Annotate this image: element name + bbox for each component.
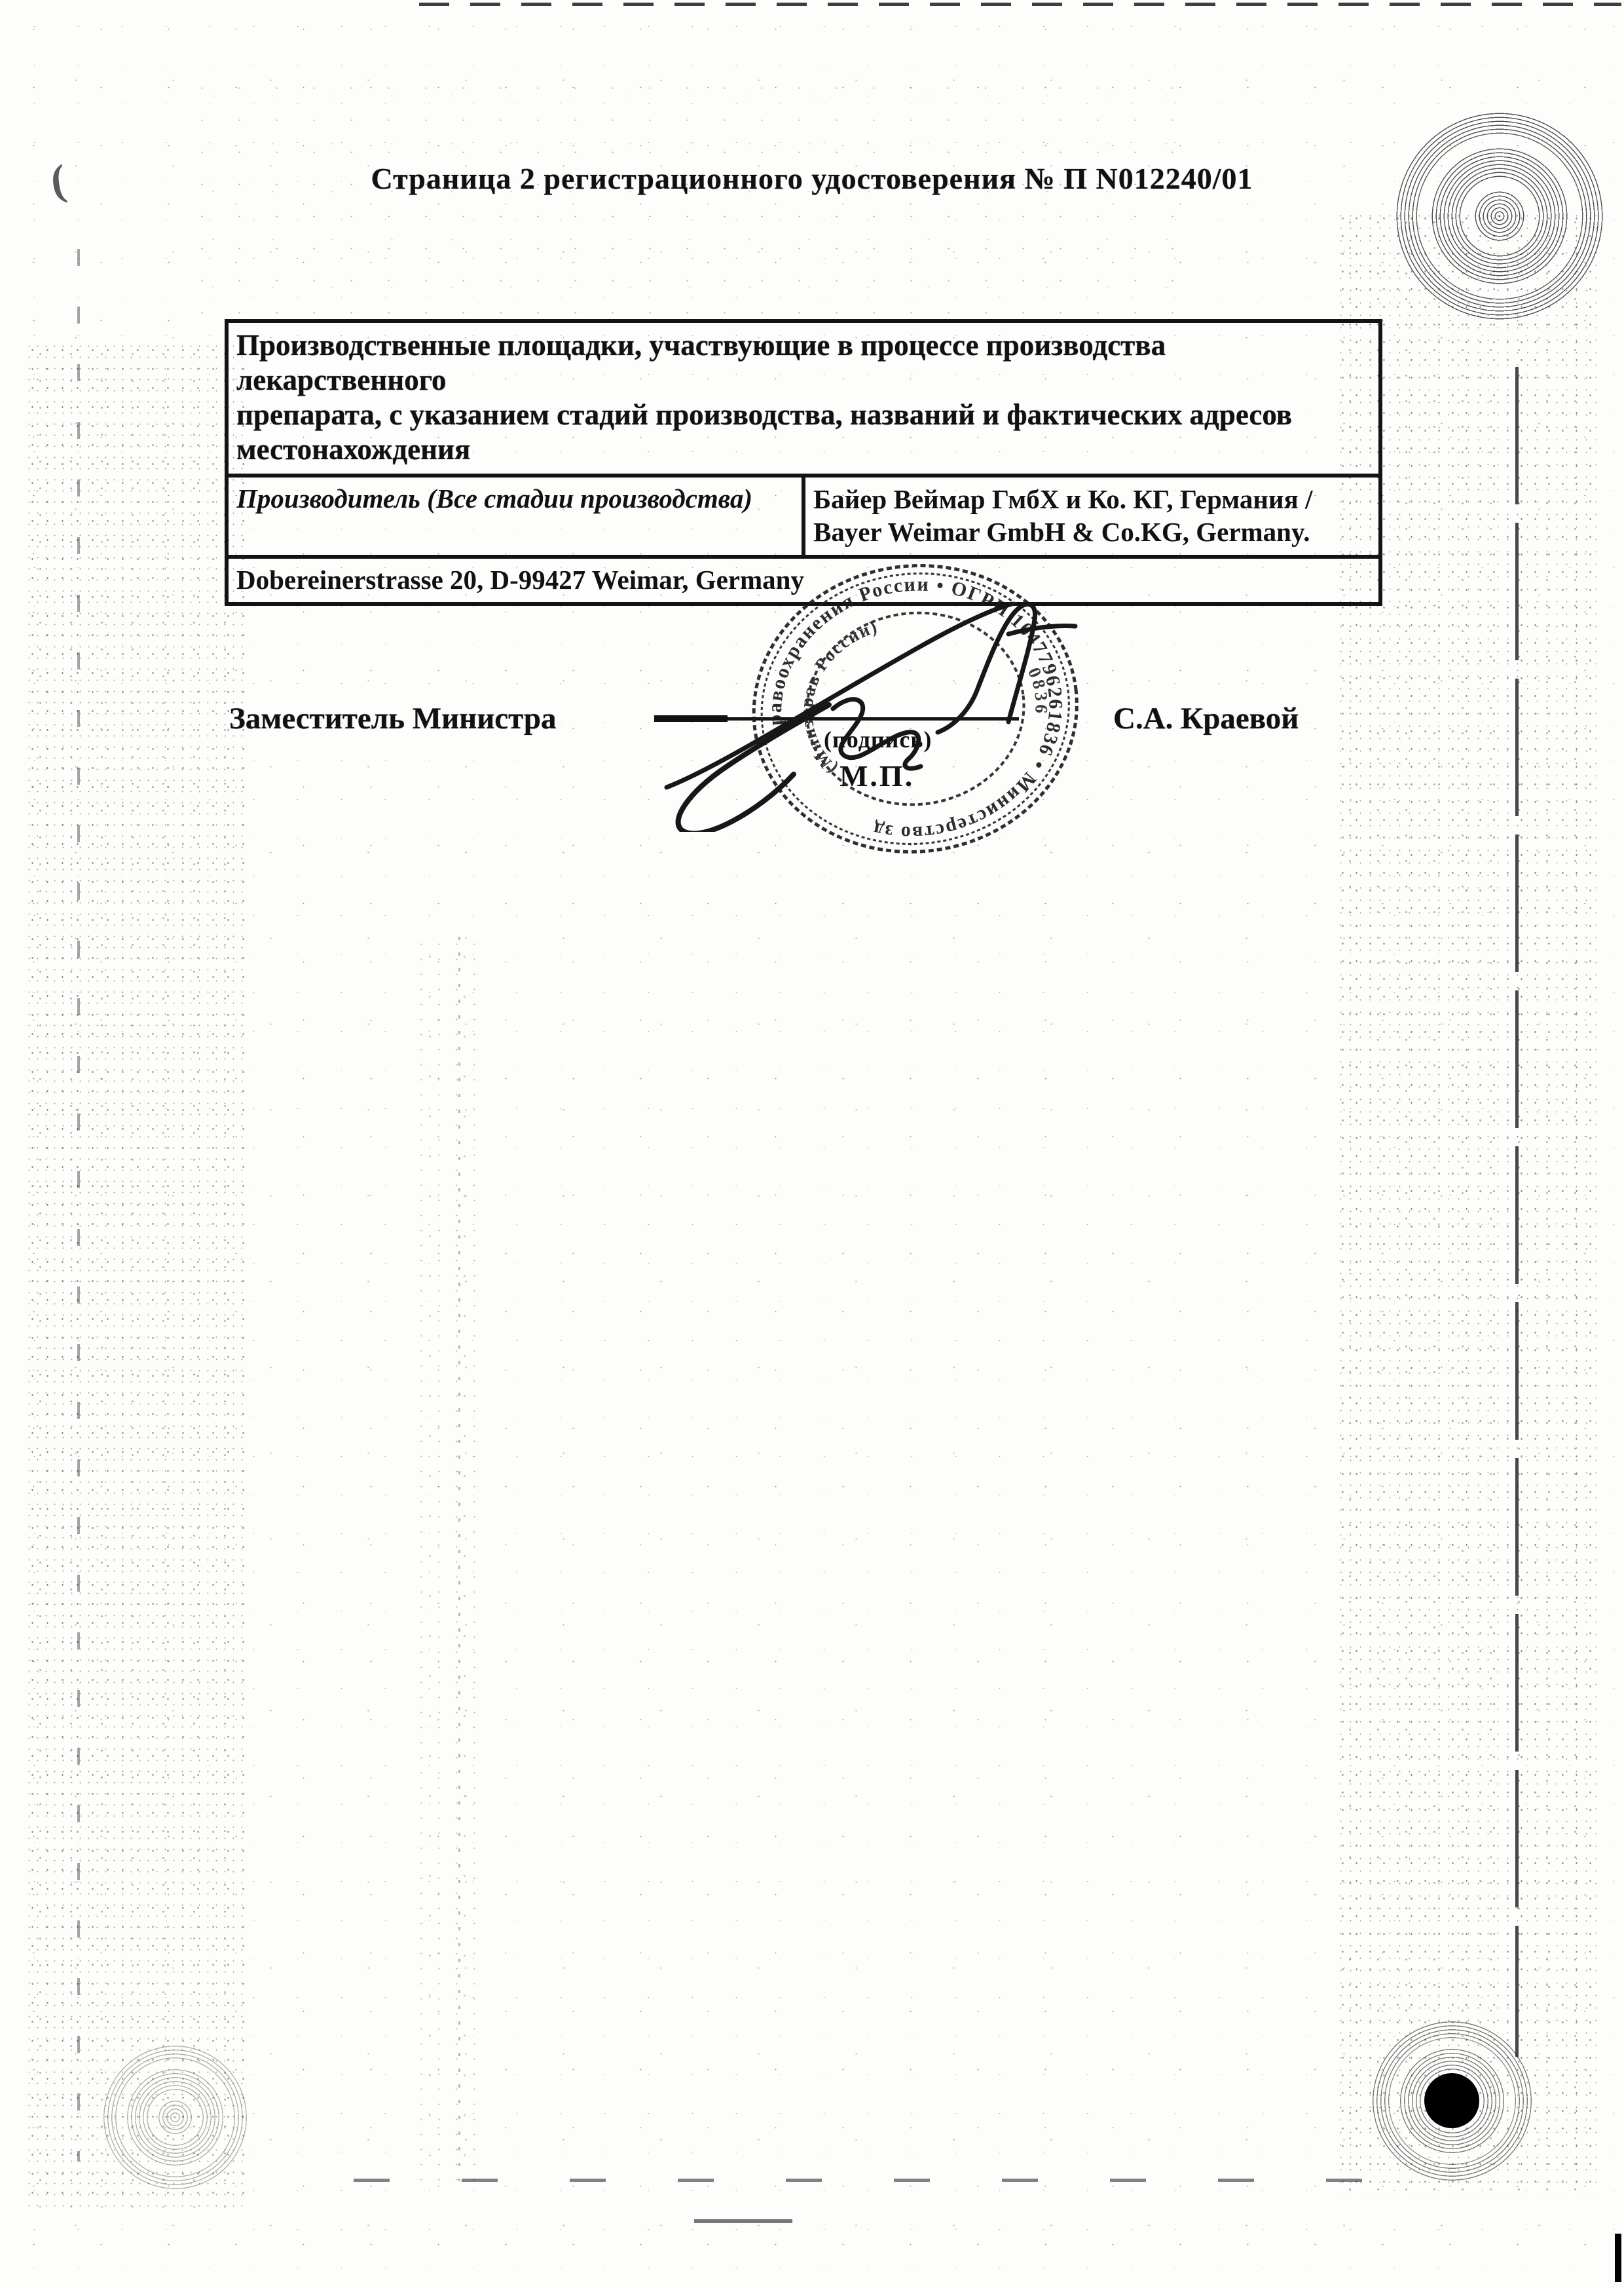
- right-border-line: [1515, 367, 1519, 2057]
- signer-position-title: Заместитель Министра: [229, 701, 556, 736]
- table-header-line-3: местонахождения: [236, 432, 1369, 467]
- bottom-dash-fragment: [694, 2219, 792, 2223]
- producer-row: Производитель (Все стадии производства) …: [227, 476, 1380, 557]
- signer-name: С.А. Краевой: [1113, 701, 1299, 736]
- page-title: Страница 2 регистрационного удостоверени…: [367, 161, 1257, 196]
- bottom-dashed-border: [354, 2179, 1428, 2182]
- handwritten-signature: [642, 570, 1113, 832]
- producer-label: Производитель (Все стадии производства): [236, 483, 752, 514]
- punch-hole-dot: [1424, 2073, 1479, 2128]
- top-dashed-border: [419, 3, 1621, 6]
- corner-rosette-top-right: [1395, 111, 1604, 321]
- right-edge-mark: [1615, 2234, 1621, 2282]
- scanned-certificate-page: ( Страница 2 регистрационного удостовере…: [0, 0, 1624, 2288]
- table-header-line-1: Производственные площадки, участвующие в…: [236, 328, 1369, 398]
- producer-value-cell: Байер Веймар ГмбХ и Ко. КГ, Германия / B…: [803, 476, 1380, 557]
- scan-artifact-mark: (: [48, 155, 69, 206]
- table-header-row: Производственные площадки, участвующие в…: [227, 321, 1380, 476]
- producer-name-ru: Байер Веймар ГмбХ и Ко. КГ, Германия /: [813, 483, 1369, 516]
- table-header-line-2: препарата, с указанием стадий производст…: [236, 398, 1369, 432]
- scan-noise-left-margin: [25, 341, 248, 2207]
- table-header-cell: Производственные площадки, участвующие в…: [227, 321, 1380, 476]
- producer-label-cell: Производитель (Все стадии производства): [227, 476, 803, 557]
- scan-noise-center-column: [413, 937, 491, 2188]
- corner-rosette-bottom-left: [101, 2044, 249, 2191]
- left-border-line: [77, 249, 80, 2162]
- production-sites-table: Производственные площадки, участвующие в…: [225, 319, 1382, 606]
- page-fold-line: [458, 937, 460, 2181]
- producer-name-en: Bayer Weimar GmbH & Co.KG, Germany.: [813, 516, 1369, 548]
